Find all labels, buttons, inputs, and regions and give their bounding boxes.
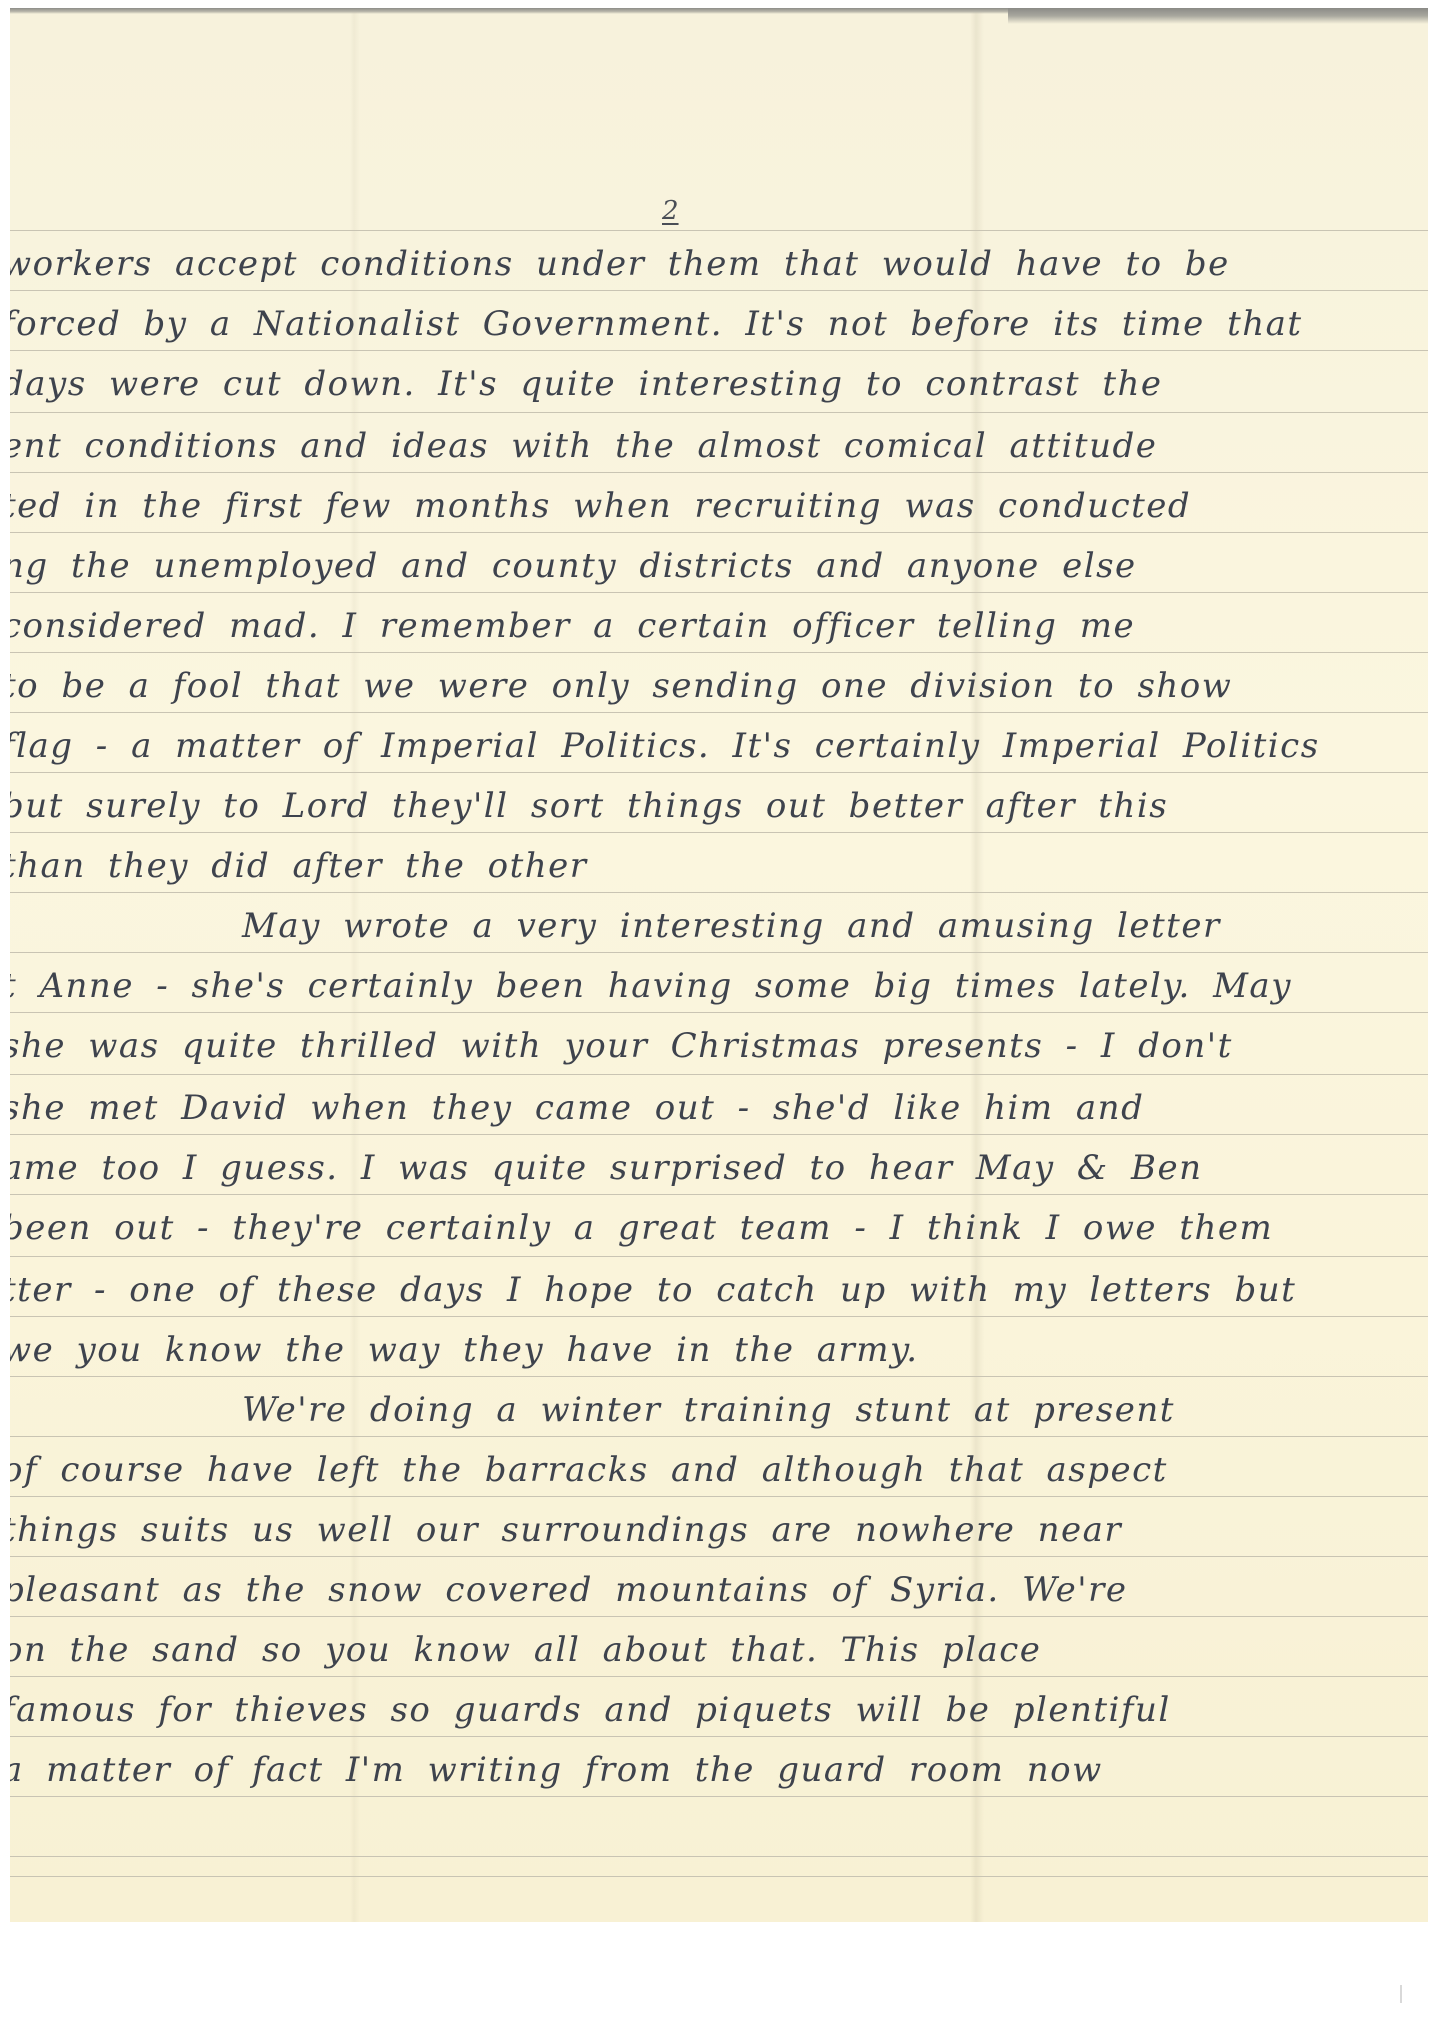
- ruled-line: [10, 1376, 1428, 1377]
- ruled-line: [10, 1876, 1428, 1877]
- letter-line: tter - one of these days I hope to catch…: [10, 1270, 1296, 1310]
- ruled-line: [10, 230, 1428, 231]
- letter-line: but surely to Lord they'll sort things o…: [10, 786, 1168, 826]
- ruled-line: [10, 1556, 1428, 1557]
- ruled-line: [10, 1616, 1428, 1617]
- letter-line: famous for thieves so guards and piquets…: [10, 1690, 1171, 1730]
- ruled-line: [10, 1256, 1428, 1257]
- letter-page: 2 workers accept conditions under them t…: [10, 8, 1428, 1922]
- letter-line: she met David when they came out - she'd…: [10, 1088, 1144, 1128]
- ruled-line: [10, 472, 1428, 473]
- letter-line: t Anne - she's certainly been having som…: [10, 966, 1292, 1006]
- letter-line: considered mad. I remember a certain off…: [10, 606, 1135, 646]
- letter-line: ame too I guess. I was quite surprised t…: [10, 1148, 1202, 1188]
- letter-line: things suits us well our surroundings ar…: [10, 1510, 1122, 1550]
- letter-line: forced by a Nationalist Government. It's…: [10, 304, 1303, 344]
- ruled-line: [10, 1676, 1428, 1677]
- scan-artifact: [1400, 1985, 1402, 2003]
- letter-line: workers accept conditions under them tha…: [10, 244, 1230, 284]
- letter-line: we you know the way they have in the arm…: [10, 1330, 919, 1370]
- ruled-line: [10, 712, 1428, 713]
- ruled-line: [10, 652, 1428, 653]
- letter-line: ted in the first few months when recruit…: [10, 486, 1191, 526]
- ruled-line: [10, 1436, 1428, 1437]
- ruled-line: [10, 1012, 1428, 1013]
- ruled-line: [10, 350, 1428, 351]
- letter-line: of course have left the barracks and alt…: [10, 1450, 1168, 1490]
- letter-line: on the sand so you know all about that. …: [10, 1630, 1041, 1670]
- letter-line-paragraph-start: We're doing a winter training stunt at p…: [242, 1390, 1175, 1430]
- ruled-line: [10, 290, 1428, 291]
- ruled-line: [10, 592, 1428, 593]
- letter-line: ng the unemployed and county districts a…: [10, 546, 1137, 586]
- ruled-line: [10, 1796, 1428, 1797]
- paper-top-fold-shadow-right: [1008, 8, 1428, 24]
- letter-line: pleasant as the snow covered mountains o…: [10, 1570, 1128, 1610]
- ruled-line: [10, 1316, 1428, 1317]
- letter-line: she was quite thrilled with your Christm…: [10, 1026, 1233, 1066]
- ruled-line: [10, 532, 1428, 533]
- letter-line: ent conditions and ideas with the almost…: [10, 426, 1157, 466]
- letter-line: flag - a matter of Imperial Politics. It…: [10, 726, 1320, 766]
- ruled-line: [10, 952, 1428, 953]
- ruled-line: [10, 1074, 1428, 1075]
- ruled-line: [10, 1736, 1428, 1737]
- letter-line: than they did after the other: [10, 846, 588, 886]
- ruled-line: [10, 832, 1428, 833]
- ruled-line: [10, 892, 1428, 893]
- ruled-line: [10, 1496, 1428, 1497]
- ruled-line: [10, 412, 1428, 413]
- ruled-line: [10, 772, 1428, 773]
- page-number: 2: [662, 196, 679, 226]
- letter-line-paragraph-start: May wrote a very interesting and amusing…: [242, 906, 1221, 946]
- ruled-line: [10, 1194, 1428, 1195]
- letter-line: a matter of fact I'm writing from the gu…: [10, 1750, 1103, 1790]
- ruled-line: [10, 1134, 1428, 1135]
- letter-line: days were cut down. It's quite interesti…: [10, 364, 1163, 404]
- letter-line: to be a fool that we were only sending o…: [10, 666, 1232, 706]
- letter-line: been out - they're certainly a great tea…: [10, 1208, 1273, 1248]
- ruled-line: [10, 1856, 1428, 1857]
